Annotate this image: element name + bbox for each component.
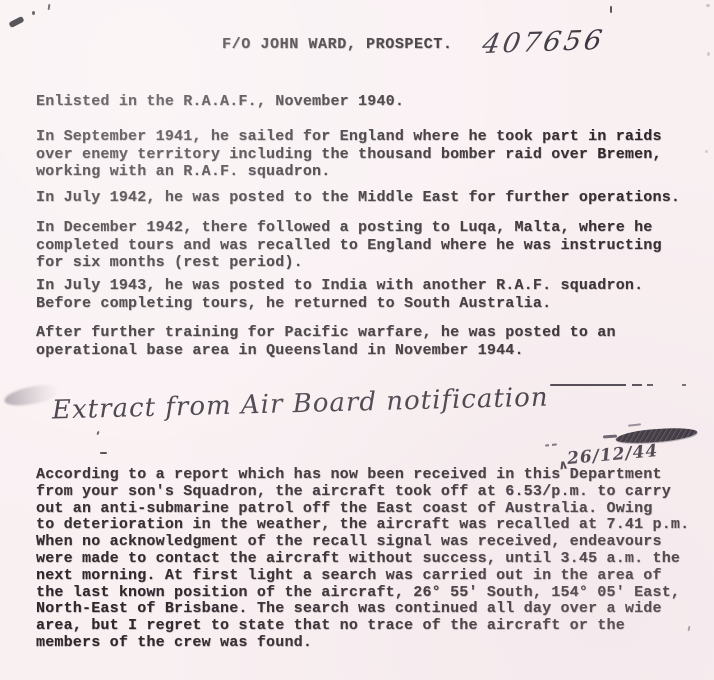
handwritten-date: 26/12/44 <box>566 441 659 469</box>
ink-tick-mark <box>688 626 691 631</box>
ink-dash-mark <box>545 443 557 446</box>
paragraph-england-raids: In September 1941, he sailed for England… <box>36 128 662 181</box>
paragraph-middle-east: In July 1942, he was posted to the Middl… <box>36 189 680 207</box>
paragraph-malta: In December 1942, there followed a posti… <box>36 219 662 272</box>
ink-tick-mark <box>610 6 612 13</box>
document-title: F/O JOHN WARD, PROSPECT. <box>222 36 452 53</box>
paragraph-loss-report: According to a report which has now been… <box>36 467 689 652</box>
ink-dot-mark <box>96 431 99 435</box>
scan-edge-artifact <box>705 150 708 153</box>
pencil-smudge <box>3 382 59 408</box>
paragraph-india: In July 1943, he was posted to India wit… <box>36 277 643 312</box>
handwritten-service-number: 407656 <box>480 25 607 60</box>
ink-dot-mark <box>32 11 35 15</box>
paragraph-queensland: After further training for Pacific warfa… <box>36 324 616 359</box>
paragraph-enlisted: Enlisted in the R.A.A.F., November 1940. <box>36 93 404 111</box>
ink-dash-mark <box>628 423 641 426</box>
scanned-document-page: F/O JOHN WARD, PROSPECT. 407656 Enlisted… <box>0 0 714 680</box>
scan-edge-artifact <box>707 52 710 56</box>
ink-tick-mark <box>48 4 51 10</box>
dashed-rule <box>550 384 696 386</box>
handwritten-extract-note: Extract from Air Board notification <box>52 383 549 426</box>
ink-dash-mark <box>100 452 107 454</box>
ink-dash-mark <box>8 16 24 28</box>
scan-edge-artifact <box>706 4 710 7</box>
